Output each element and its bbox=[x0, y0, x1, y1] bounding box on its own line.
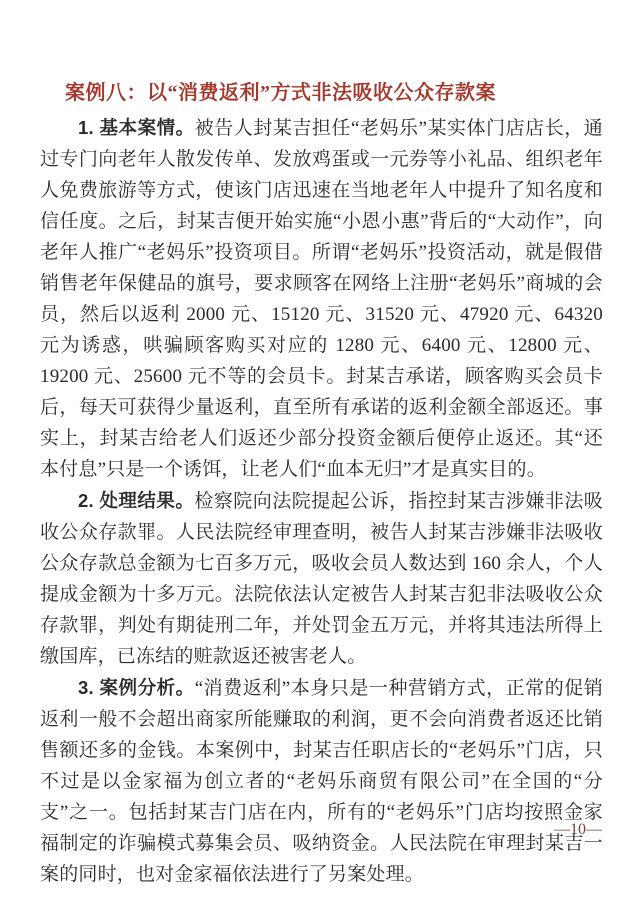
paragraph-text: 被告人封某吉担任“老妈乐”某实体门店店长，通过专门向老年人散发传单、发放鸡蛋或一… bbox=[40, 118, 603, 480]
paragraph-basic-facts: 1. 基本案情。被告人封某吉担任“老妈乐”某实体门店店长，通过专门向老年人散发传… bbox=[40, 112, 603, 485]
case-title: 案例八：以“消费返利”方式非法吸收公众存款案 bbox=[40, 78, 603, 109]
paragraph-text: “消费返利”本身只是一种营销方式，正常的促销返利一般不会超出商家所能赚取的利润，… bbox=[40, 678, 603, 885]
paragraph-lead: 2. 处理结果。 bbox=[78, 490, 194, 511]
paragraph-lead: 3. 案例分析。 bbox=[78, 677, 195, 698]
paragraph-handling-result: 2. 处理结果。检察院向法院提起公诉，指控封某吉涉嫌非法吸收公众存款罪。人民法院… bbox=[40, 485, 603, 672]
paragraph-text: 检察院向法院提起公诉，指控封某吉涉嫌非法吸收公众存款罪。人民法院经审理查明，被告… bbox=[40, 491, 603, 667]
document-page: 案例八：以“消费返利”方式非法吸收公众存款案 1. 基本案情。被告人封某吉担任“… bbox=[0, 0, 640, 905]
paragraph-case-analysis: 3. 案例分析。“消费返利”本身只是一种营销方式，正常的促销返利一般不会超出商家… bbox=[40, 672, 603, 890]
document-content: 案例八：以“消费返利”方式非法吸收公众存款案 1. 基本案情。被告人封某吉担任“… bbox=[0, 0, 640, 890]
paragraph-lead: 1. 基本案情。 bbox=[78, 117, 195, 138]
page-number: —10— bbox=[554, 820, 602, 840]
